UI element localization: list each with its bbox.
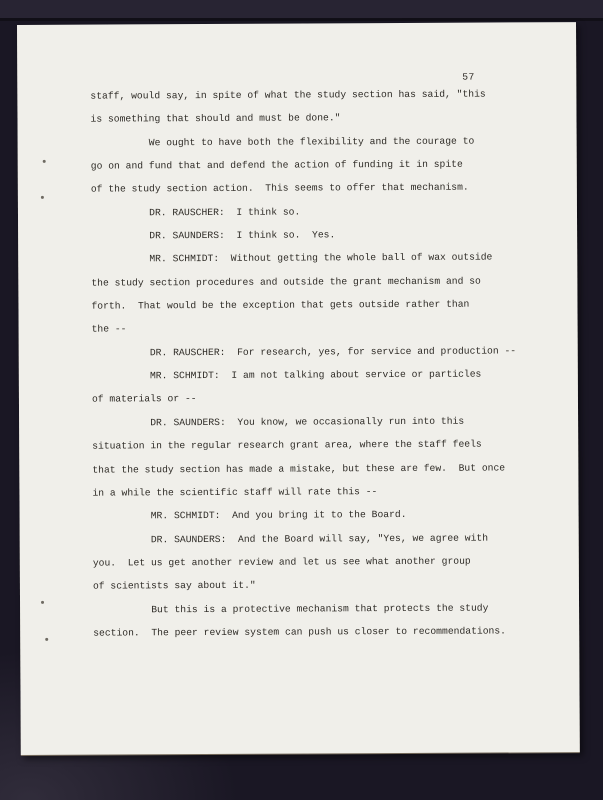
margin-mark [41, 601, 44, 604]
transcript-line: DR. SAUNDERS: And the Board will say, "Y… [93, 526, 518, 552]
transcript-line: But this is a protective mechanism that … [93, 596, 518, 622]
transcript-line: DR. SAUNDERS: You know, we occasionally … [92, 409, 517, 435]
transcript-line: in a while the scientific staff will rat… [92, 479, 517, 505]
transcript-line: of the study section action. This seems … [91, 176, 516, 202]
transcript-line: situation in the regular research grant … [92, 433, 517, 459]
transcript-line: of materials or -- [92, 386, 517, 412]
transcript-line: MR. SCHMIDT: Without getting the whole b… [91, 246, 516, 272]
transcript-line: section. The peer review system can push… [93, 619, 518, 645]
transcript-line: DR. RAUSCHER: I think so. [91, 199, 516, 225]
transcript-line: staff, would say, in spite of what the s… [90, 82, 515, 108]
margin-mark [43, 160, 46, 163]
background-seam-line [0, 18, 603, 21]
page-number: 57 [462, 72, 474, 83]
transcript-line: MR. SCHMIDT: And you bring it to the Boa… [93, 503, 518, 529]
transcript-line: the -- [92, 316, 517, 342]
document-page: 57 staff, would say, in spite of what th… [17, 22, 580, 755]
margin-mark [45, 638, 48, 641]
transcript-line: MR. SCHMIDT: I am not talking about serv… [92, 363, 517, 389]
transcript-line: DR. SAUNDERS: I think so. Yes. [91, 222, 516, 248]
transcript-line: We ought to have both the flexibility an… [91, 129, 516, 155]
transcript-lines: staff, would say, in spite of what the s… [90, 82, 517, 644]
margin-mark [41, 196, 44, 199]
transcript-line: you. Let us get another review and let u… [93, 549, 518, 575]
background-top-band [0, 0, 603, 18]
transcript-line: the study section procedures and outside… [91, 269, 516, 295]
transcript-line: forth. That would be the exception that … [91, 292, 516, 318]
transcript-line: that the study section has made a mistak… [92, 456, 517, 482]
scan-background: 57 staff, would say, in spite of what th… [0, 0, 603, 800]
transcript-line: DR. RAUSCHER: For research, yes, for ser… [92, 339, 517, 365]
transcript-line: of scientists say about it." [93, 573, 518, 599]
transcript-line: go on and fund that and defend the actio… [91, 152, 516, 178]
transcript-line: is something that should and must be don… [90, 106, 515, 132]
